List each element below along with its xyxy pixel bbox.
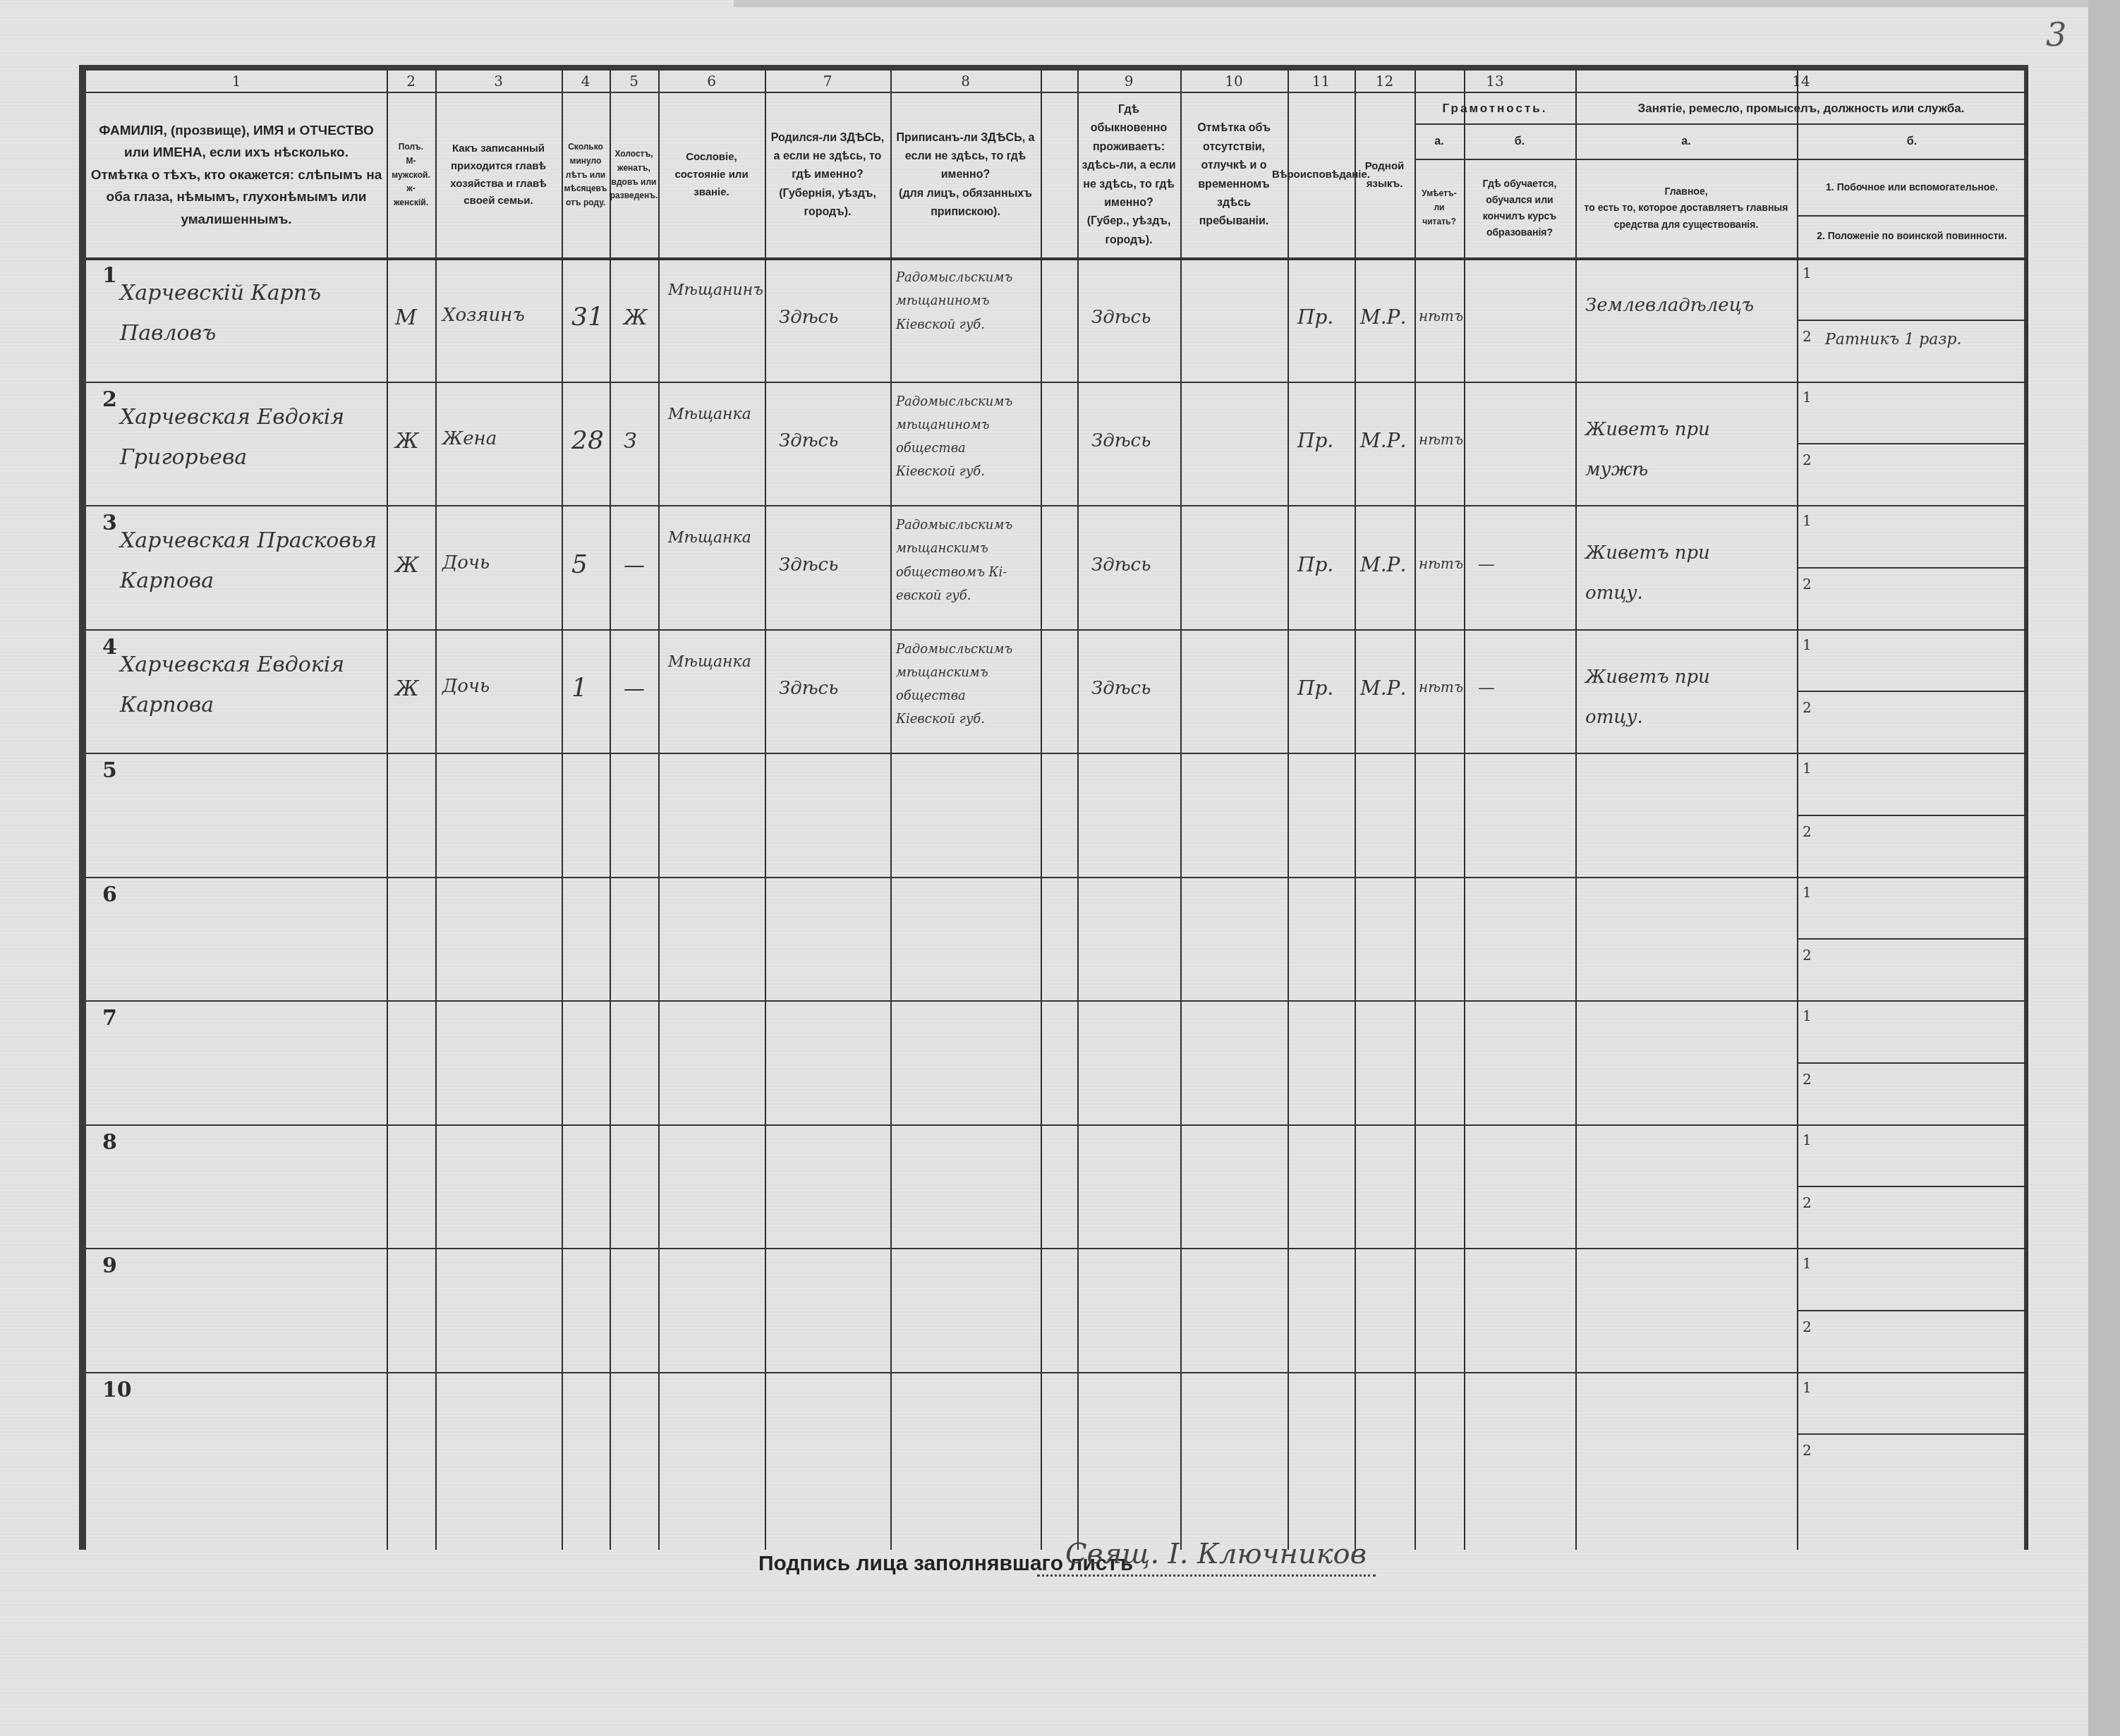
row-subdivider [1797,320,2027,321]
military-header: 2. Положеніе по воинской повинности. [1800,217,2024,255]
sub-row-1: 1 [1803,1007,1812,1024]
column-number: 13 [1415,71,1575,92]
row-number: 3 [102,511,117,535]
sub-row-2: 2 [1803,576,1812,593]
age-cell: 28 [571,422,604,460]
residence-cell: Здѣсь [1091,304,1151,332]
column-number: 3 [435,71,562,92]
sub-label-a: а. [1575,127,1797,157]
literacy-cell: нѣтъ [1419,429,1463,450]
column-number [1041,71,1077,92]
sub-row-2: 2 [1803,1442,1812,1459]
column-number: 5 [610,71,658,92]
religion-cell: Пр. [1297,550,1333,580]
column-divider [765,71,766,1550]
page-edge-top [734,0,2120,7]
residence-cell: Здѣсь [1091,552,1151,579]
marital-cell: — [624,550,645,581]
education-header: Гдѣ обучается, обучался или кончилъ курс… [1467,162,1573,254]
column-header: Приписанъ-ли ЗДѢСЬ, а если не здѣсь, то … [895,96,1036,255]
row-subdivider [1797,567,2027,569]
row-divider [86,505,2027,506]
person-name: Харчевская Евдокія Григорьева [120,397,381,478]
estate-cell: Мѣщанка [668,526,761,550]
literacy-cell: нѣтъ [1419,553,1463,574]
column-divider [2027,71,2028,1550]
row-subdivider [1797,815,2027,816]
grammar-group-header: Грамотность. [1415,95,1575,122]
occupation-cell: Живетъ при мужѣ [1585,410,1793,490]
registration-cell: Радомысльскимъ мѣщаниномъ общества Кіевс… [896,390,1039,484]
row-subdivider [1797,938,2027,940]
language-cell: М.Р. [1360,426,1406,456]
row-number: 6 [102,882,117,907]
column-divider [562,71,563,1550]
sub-row-1: 1 [1803,265,1812,281]
marital-cell: — [624,673,645,705]
birthplace-cell: Здѣсь [779,552,838,579]
column-number: 8 [890,71,1041,92]
header-bottom-rule [86,257,2027,260]
occupation-group-header: Занятіе, ремесло, промыселъ, должность и… [1575,95,2027,122]
sub-row-2: 2 [1803,328,1812,345]
column-number: 11 [1288,71,1355,92]
occupation-side-header: 1. Побочное или вспомогательное. [1800,162,2024,213]
column-divider [610,71,611,1550]
relation-cell: Дочь [442,673,555,700]
column-divider [1041,71,1042,1550]
literacy-cell: нѣтъ [1419,676,1463,698]
sub-row-1: 1 [1803,389,1812,406]
education-cell: — [1478,552,1495,577]
registration-cell: Радомысльскимъ мѣщаниномъ Кіевской губ. [896,266,1039,336]
column-header [1045,96,1073,255]
column-divider [1575,71,1577,1550]
column-number: 1 [86,71,387,92]
sex-cell: Ж [395,425,419,457]
registration-cell: Радомысльскимъ мѣщанскимъ общества Кіевс… [896,638,1039,732]
row-divider [86,753,2027,754]
age-cell: 31 [571,298,604,336]
column-header: Отмѣтка объ отсутствіи, отлучкѣ и о врем… [1185,96,1283,255]
sub-b-rule [1797,215,2027,217]
row-subdivider [1797,1062,2027,1064]
column-header: Вѣроисповѣданіе. [1292,96,1350,255]
sub-row-1: 1 [1803,1379,1812,1396]
column-header: Полъ. М-мужской. ж-женскій. [391,96,431,255]
education-cell: — [1478,675,1495,700]
row-number: 2 [102,387,117,412]
birthplace-cell: Здѣсь [779,675,838,703]
estate-cell: Мѣщанинъ [668,279,761,302]
estate-cell: Мѣщанка [668,403,761,426]
sub-row-2: 2 [1803,823,1812,840]
row-number: 4 [102,635,117,660]
column-number: 6 [658,71,765,92]
occupation-cell: Живетъ при отцу. [1585,533,1793,614]
column-divider [890,71,892,1550]
row-number: 8 [102,1130,117,1155]
column-number: 12 [1355,71,1415,92]
sex-cell: Ж [395,673,419,705]
row-number: 10 [102,1378,132,1402]
sub-row-1: 1 [1803,512,1812,529]
sub-ab-rule [1415,159,2027,160]
column-header: Какъ записанный приходится главѣ хозяйст… [440,96,557,255]
sub-row-2: 2 [1803,1194,1812,1211]
person-name: Харчевская Прасковья Карпова [120,521,381,601]
signature: Свящ. I. Ключников [1065,1538,1367,1570]
birthplace-cell: Здѣсь [779,427,838,455]
sub-label-b: б. [1464,127,1575,157]
sub-label-b: б. [1797,127,2027,157]
column-divider [1415,71,1416,1550]
marital-cell: З [624,425,637,457]
column-divider [1797,71,1798,1550]
relation-cell: Дочь [442,550,555,577]
religion-cell: Пр. [1297,426,1333,456]
age-cell: 5 [571,546,588,584]
column-divider [435,71,437,1550]
column-header: Родной языкъ. [1359,96,1410,255]
column-number: 7 [765,71,890,92]
marital-cell: Ж [624,302,648,334]
birthplace-cell: Здѣсь [779,304,838,332]
sub-row-2: 2 [1803,451,1812,468]
sub-label-a: а. [1415,127,1464,157]
religion-cell: Пр. [1297,303,1333,332]
language-cell: М.Р. [1360,674,1406,703]
row-divider [86,1248,2027,1249]
column-number: 2 [387,71,435,92]
sub-row-1: 1 [1803,1255,1812,1272]
row-divider [86,629,2027,631]
relation-cell: Хозяинъ [442,302,555,329]
header-number-rule [86,92,2027,93]
page-edge-right [2088,0,2120,1736]
occupation-main-header: Главное, то есть то, которое доставляетъ… [1580,162,1793,254]
row-subdivider [1797,443,2027,444]
occupation-cell: Живетъ при отцу. [1585,657,1793,738]
estate-cell: Мѣщанка [668,650,761,674]
group13-rule [1415,123,1575,125]
sub-row-1: 1 [1803,1131,1812,1148]
column-divider [658,71,660,1550]
row-number: 9 [102,1254,117,1278]
column-number: 4 [562,71,610,92]
row-number: 1 [102,263,117,288]
row-subdivider [1797,1310,2027,1311]
religion-cell: Пр. [1297,674,1333,703]
column-number: 10 [1180,71,1288,92]
row-number: 5 [102,758,117,783]
sub-row-1: 1 [1803,884,1812,901]
row-subdivider [1797,1186,2027,1187]
row-subdivider [1797,1433,2027,1435]
signature-line [1037,1574,1376,1577]
residence-cell: Здѣсь [1091,427,1151,455]
literacy-cell: нѣтъ [1419,305,1463,327]
column-header: Гдѣ обыкновенно проживаетъ: здѣсь-ли, а … [1082,96,1176,255]
column-number: 9 [1077,71,1180,92]
column-header: Родился-ли ЗДѢСЬ, а если не здѣсь, то гд… [769,96,886,255]
column-divider [1077,71,1079,1550]
sub-row-1: 1 [1803,636,1812,653]
column-header: Сословіе, состояніе или званіе. [662,96,761,255]
page-number: 3 [2046,16,2066,54]
row-divider [86,1124,2027,1126]
column-number: 14 [1575,71,2027,92]
column-header: Сколько минуло лѣтъ или мѣсяцевъ отъ род… [566,96,605,255]
sex-cell: М [395,302,417,334]
row-divider [86,382,2027,383]
row-subdivider [1797,691,2027,692]
row-divider [86,1000,2027,1002]
column-divider [1355,71,1356,1550]
language-cell: М.Р. [1360,550,1406,580]
person-name: Харчевскій Карпъ Павловъ [120,273,381,353]
sex-cell: Ж [395,550,419,581]
row-number: 7 [102,1006,117,1031]
column-header: ФАМИЛІЯ, (прозвище), ИМЯ и ОТЧЕСТВО или … [90,96,382,255]
sub-row-2: 2 [1803,947,1812,964]
group14-rule [1575,123,2027,125]
residence-cell: Здѣсь [1091,675,1151,703]
relation-cell: Жена [442,425,555,453]
row-divider [86,877,2027,878]
occupation-cell: Землевладѣлецъ [1585,286,1793,326]
row-divider [86,1372,2027,1373]
sub-row-2: 2 [1803,1318,1812,1335]
age-cell: 1 [571,669,588,708]
military-status-cell: Ратникъ 1 разр. [1825,328,1962,351]
column-divider [387,71,388,1550]
column-divider [1464,71,1465,1550]
literacy-header: Умѣетъ-ли читать? [1417,162,1461,254]
column-divider [1288,71,1289,1550]
sub-row-2: 2 [1803,699,1812,716]
column-divider [1180,71,1182,1550]
column-header: Холостъ, женатъ, вдовъ или разведенъ. [614,96,654,255]
sub-row-1: 1 [1803,760,1812,777]
person-name: Харчевская Евдокія Карпова [120,645,381,725]
language-cell: М.Р. [1360,303,1406,332]
registration-cell: Радомысльскимъ мѣщанскимъ обществомъ Кі-… [896,514,1039,607]
sub-row-2: 2 [1803,1071,1812,1088]
